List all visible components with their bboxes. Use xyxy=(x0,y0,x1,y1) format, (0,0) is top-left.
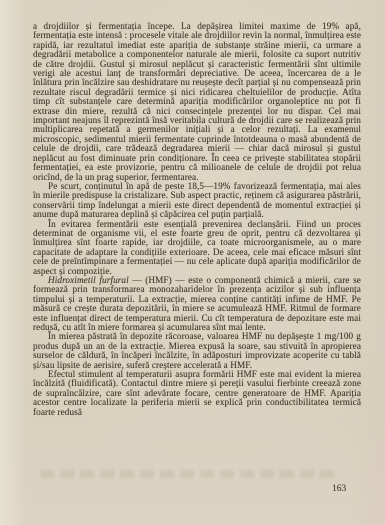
page-text: a drojdiilor și fermentația începe. La d… xyxy=(33,22,361,417)
paragraph-hmf-storage: În mierea păstrată în depozite răcoroase… xyxy=(33,332,361,370)
paragraph-hmf-definition: Hidroximetil furfural — (HMF) — este o c… xyxy=(33,276,361,332)
reverse-page-bleed-through xyxy=(40,470,340,478)
paragraph-hmf-heating: Efectul stimulent al temperaturii asupra… xyxy=(33,370,361,417)
paragraph-summary-water-content: Pe scurt, conținutul în apă de peste 18,… xyxy=(33,182,361,220)
page-number: 163 xyxy=(332,484,346,494)
paragraph-fermentation-continuation: a drojdiilor și fermentația începe. La d… xyxy=(33,22,361,182)
paragraph-hmf-definition-text: — (HMF) — este o componentă chimică a mi… xyxy=(33,275,361,332)
paragraph-fermentation-prevention: În evitarea fermentării este esențială p… xyxy=(33,220,361,276)
scanned-book-page: a drojdiilor și fermentația începe. La d… xyxy=(0,0,385,525)
